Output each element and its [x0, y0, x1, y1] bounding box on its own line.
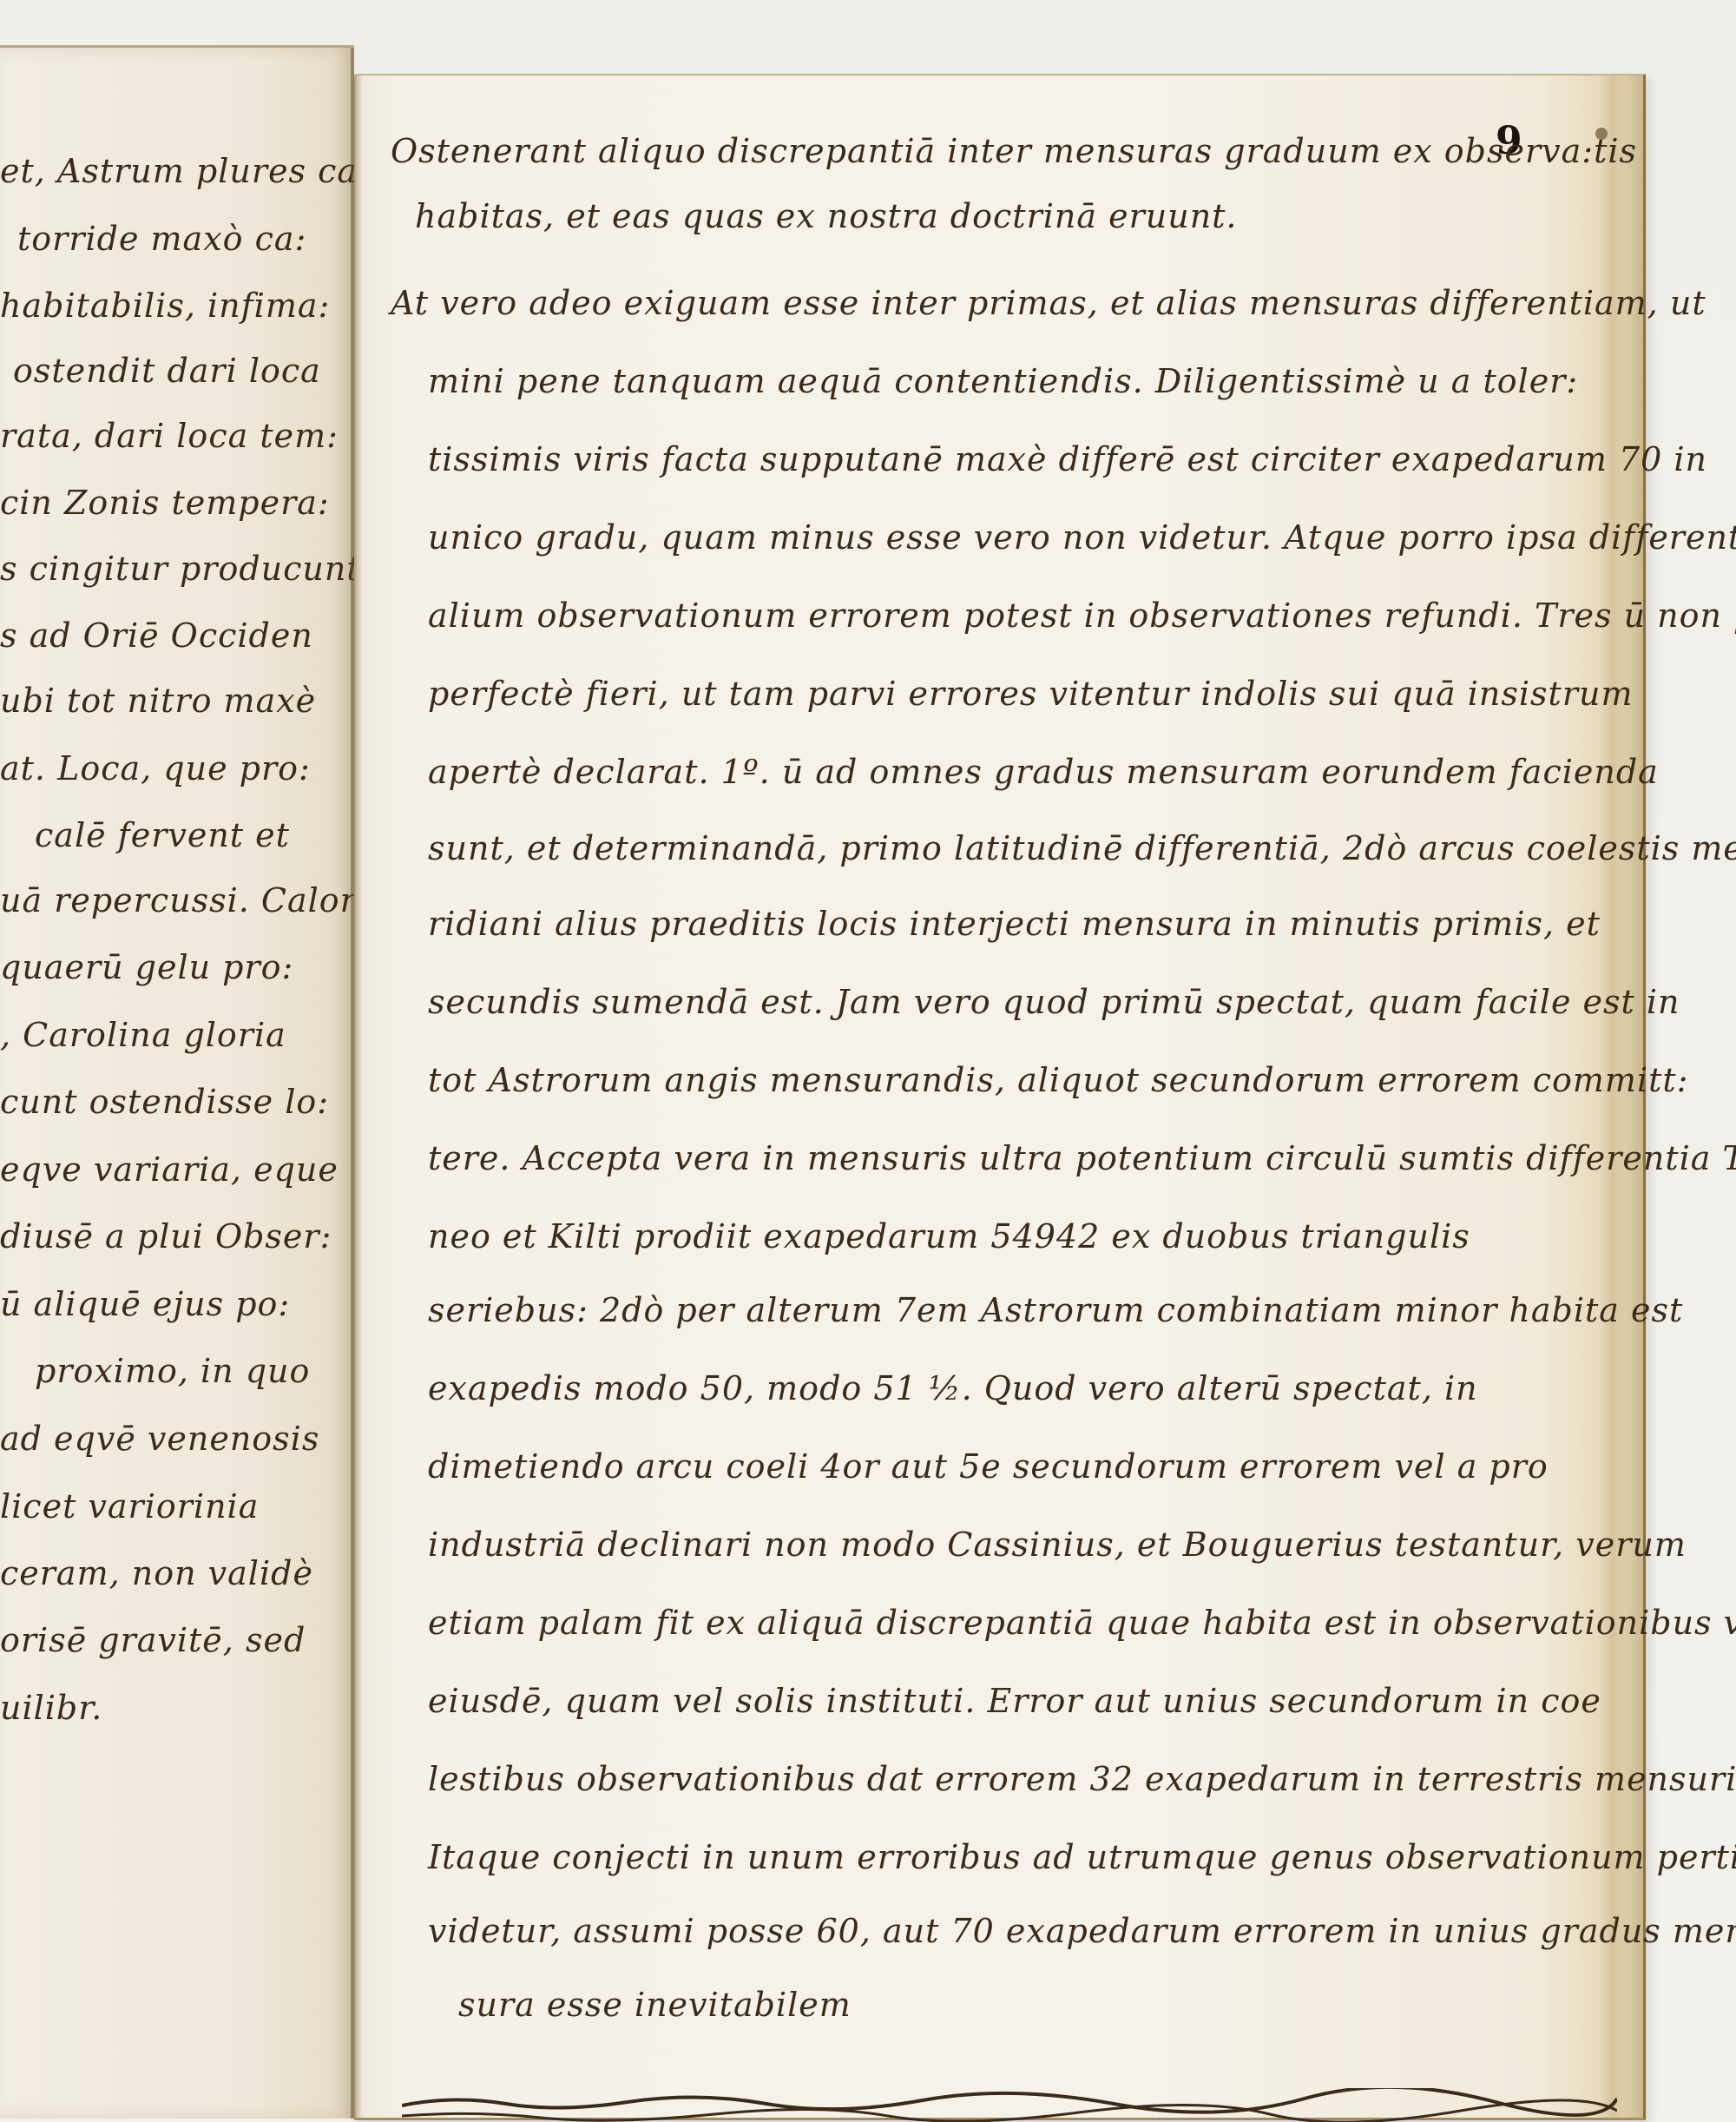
left-line: orisē gravitē, sed: [0, 1621, 306, 1659]
right-line: etiam palam fit ex aliquā discrepantiā q…: [428, 1604, 1736, 1642]
right-line: eiusdē, quam vel solis instituti. Error …: [428, 1682, 1601, 1720]
right-line: exapedis modo 50, modo 51 ½. Quod vero a…: [428, 1369, 1478, 1407]
left-line: ubi tot nitro maxè: [0, 682, 316, 720]
right-line: unico gradu, quam minus esse vero non vi…: [428, 518, 1736, 557]
right-line: neo et Kilti prodiit exapedarum 54942 ex…: [428, 1217, 1470, 1255]
left-line: quaerū gelu pro:: [0, 948, 293, 986]
right-line: Ostenerant aliquo discrepantiā inter men…: [391, 132, 1637, 170]
left-line: et, Astrum plures cau: [0, 152, 379, 190]
right-line: industriā declinari non modo Cassinius, …: [428, 1526, 1687, 1564]
left-line: calē fervent et: [35, 816, 290, 854]
right-line: tere. Accepta vera in mensuris ultra pot…: [428, 1139, 1736, 1177]
left-page: et, Astrum plures cau torride maxò ca: h…: [0, 45, 354, 2119]
left-line: ū aliquē ejus po:: [0, 1285, 290, 1323]
right-line: seriebus: 2dò per alterum 7em Astrorum c…: [428, 1291, 1683, 1329]
left-line: habitabilis, infima:: [0, 287, 330, 325]
right-line: tot Astrorum angis mensurandis, aliquot …: [428, 1061, 1688, 1099]
left-line: rata, dari loca tem:: [0, 417, 339, 455]
right-line: ridiani alius praeditis locis interjecti…: [428, 905, 1601, 943]
left-line: ceram, non validè: [0, 1554, 313, 1592]
left-line: ostendit dari loca: [13, 352, 321, 390]
right-line: secundis sumendā est. Jam vero quod prim…: [428, 983, 1680, 1021]
left-line: licet variorinia: [0, 1487, 259, 1526]
ink-blot: [1595, 128, 1608, 140]
right-line: At vero adeo exiguam esse inter primas, …: [391, 284, 1706, 322]
right-line: dimetiendo arcu coeli 4or aut 5e secundo…: [428, 1447, 1549, 1486]
left-line: cin Zonis tempera:: [0, 484, 330, 522]
left-line: , Carolina gloria: [0, 1016, 286, 1054]
closing-flourish-lines: [402, 2088, 1617, 2122]
left-line: eqve variaria, eque: [0, 1150, 339, 1189]
right-line: Itaque conjecti in unum erroribus ad utr…: [428, 1838, 1736, 1876]
right-line: tissimis viris facta supputanē maxè diff…: [428, 440, 1707, 478]
right-page: 9 Ostenerant aliquo discrepantiā inter m…: [354, 74, 1646, 2120]
right-line: sunt, et determinandā, primo latitudinē …: [428, 829, 1736, 867]
right-line: apertè declarat. 1º. ū ad omnes gradus m…: [428, 753, 1659, 791]
left-line: uā repercussi. Calor: [0, 881, 357, 919]
left-line: torride maxò ca:: [17, 220, 306, 258]
left-line: at. Loca, que pro:: [0, 749, 311, 788]
left-line: diusē a plui Obser:: [0, 1217, 332, 1255]
left-line: s ad Oriē Occiden: [0, 616, 313, 655]
left-line: ad eqvē venenosis: [0, 1420, 319, 1458]
right-line: perfectè fieri, ut tam parvi errores vit…: [428, 675, 1634, 713]
right-line: lestibus observationibus dat errorem 32 …: [428, 1760, 1736, 1798]
left-line: s cingitur producunt.: [0, 550, 372, 588]
right-line: alium observationum errorem potest in ob…: [428, 596, 1736, 635]
right-line: mini pene tanquam aequā contentiendis. D…: [428, 362, 1578, 400]
left-line: cunt ostendisse lo:: [0, 1083, 329, 1121]
right-line: videtur, assumi posse 60, aut 70 exapeda…: [428, 1912, 1736, 1950]
right-line: habitas, et eas quas ex nostra doctrinā …: [415, 197, 1238, 235]
right-line: sura esse inevitabilem: [458, 1986, 852, 2024]
left-line: proximo, in quo: [35, 1352, 310, 1390]
left-line: uilibr.: [0, 1689, 102, 1727]
